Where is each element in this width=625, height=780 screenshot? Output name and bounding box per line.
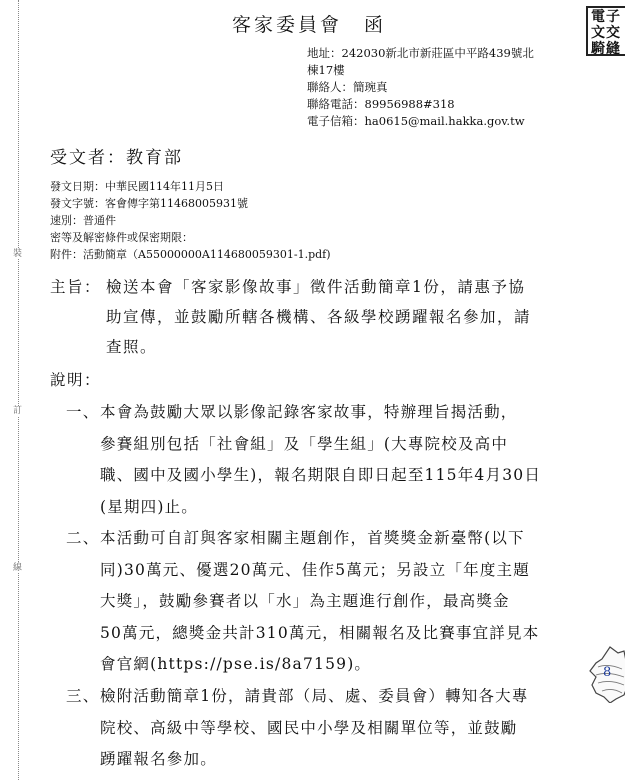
sender-info: 地址：242030新北市新莊區中平路439號北 棟17樓 聯絡人：簡琬真 聯絡電… xyxy=(307,45,557,130)
item-line: (星期四)止。 xyxy=(100,492,566,524)
explanation-label: 說明： xyxy=(50,368,101,390)
item-line: 踴躍報名參加。 xyxy=(100,744,566,776)
classification: 密等及解密條件或保密期限： xyxy=(50,229,331,246)
item-number: 一、 xyxy=(66,397,99,429)
item-number: 二、 xyxy=(66,523,99,555)
document-number: 發文字號：客會傳字第11468005931號 xyxy=(50,195,331,212)
document-title: 客家委員會 函 xyxy=(232,10,386,37)
subject-section: 主旨： 檢送本會「客家影像故事」徵件活動簡章1份，請惠予協 助宣傳，並鼓勵所轄各… xyxy=(50,272,560,362)
address-line-2: 棟17樓 xyxy=(307,62,557,79)
attachment: 附件：活動簡章（A55000000A114680059301-1.pdf) xyxy=(50,246,331,263)
subject-line: 查照。 xyxy=(106,332,560,362)
address-line-1: 地址：242030新北市新莊區中平路439號北 xyxy=(307,45,557,62)
subject-label: 主旨： xyxy=(50,272,101,302)
subject-text: 檢送本會「客家影像故事」徵件活動簡章1份，請惠予協 助宣傳，並鼓勵所轄各機構、各… xyxy=(106,272,560,362)
item-line: 本活動可自訂與客家相關主題創作，首獎獎金新臺幣(以下 xyxy=(100,523,566,555)
item-line: 參賽組別包括「社會組」及「學生組」(大專院校及高中 xyxy=(100,429,566,461)
contact-email: 電子信箱：ha0615@mail.hakka.gov.tw xyxy=(307,113,557,130)
document-meta: 發文日期：中華民國114年11月5日 發文字號：客會傳字第11468005931… xyxy=(50,178,331,263)
binding-line xyxy=(18,0,19,780)
explanation-item-3: 三、 檢附活動簡章1份，請貴部（局、處、委員會）轉知各大專 院校、高級中等學校、… xyxy=(66,681,566,776)
explanation-item-2: 二、 本活動可自訂與客家相關主題創作，首獎獎金新臺幣(以下 同)30萬元、優選2… xyxy=(66,523,566,681)
binding-label-ding: 訂 xyxy=(13,406,22,416)
electronic-exchange-stamp: 電子 文交 騎縫 xyxy=(586,6,625,56)
contact-person: 聯絡人：簡琬真 xyxy=(307,79,557,96)
issue-date: 發文日期：中華民國114年11月5日 xyxy=(50,178,331,195)
binding-label-xian: 線 xyxy=(13,563,22,573)
binding-label-zhuang: 裝 xyxy=(13,249,22,259)
subject-line: 助宣傳，並鼓勵所轄各機構、各級學校踴躍報名參加，請 xyxy=(106,302,560,332)
item-line: 本會為鼓勵大眾以影像記錄客家故事，特辦理旨揭活動， xyxy=(100,397,566,429)
item-line: 大獎」，鼓勵參賽者以「水」為主題進行創作，最高獎金 xyxy=(100,586,566,618)
page-number: 8 xyxy=(603,665,611,680)
item-number: 三、 xyxy=(66,681,99,713)
urgency: 速別：普通件 xyxy=(50,212,331,229)
contact-phone: 聯絡電話：89956988#318 xyxy=(307,96,557,113)
item-line: 院校、高級中等學校、國民中小學及相關單位等，並鼓勵 xyxy=(100,713,566,745)
item-line: 會官網(https://pse.is/8a7159)。 xyxy=(100,649,566,681)
item-line: 同)30萬元、優選20萬元、佳作5萬元；另設立「年度主題 xyxy=(100,555,566,587)
recipient: 受文者：教育部 xyxy=(50,143,183,168)
item-line: 50萬元，總獎金共計310萬元，相關報名及比賽事宜詳見本 xyxy=(100,618,566,650)
subject-line: 檢送本會「客家影像故事」徵件活動簡章1份，請惠予協 xyxy=(106,272,560,302)
item-line: 職、國中及國小學生)，報名期限自即日起至115年4月30日 xyxy=(100,460,566,492)
item-line: 檢附活動簡章1份，請貴部（局、處、委員會）轉知各大專 xyxy=(100,681,566,713)
explanation-item-1: 一、 本會為鼓勵大眾以影像記錄客家故事，特辦理旨揭活動， 參賽組別包括「社會組」… xyxy=(66,397,566,523)
